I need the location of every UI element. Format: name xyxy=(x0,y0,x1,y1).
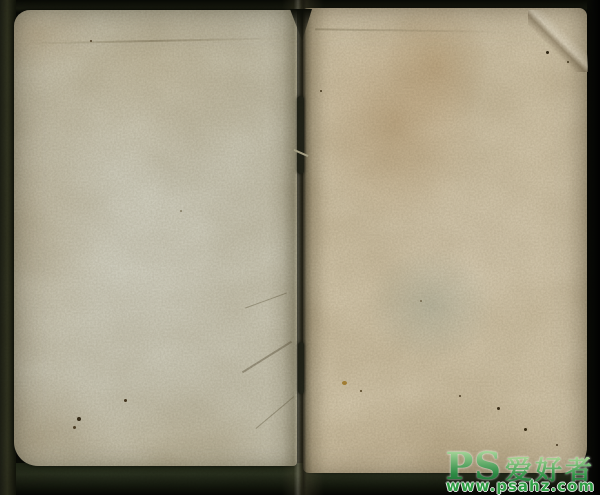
binding-slit xyxy=(297,96,304,174)
stain-speck xyxy=(360,390,362,392)
left-blank-page xyxy=(14,10,297,466)
stain-speck xyxy=(546,51,549,54)
binding-slit xyxy=(298,342,304,394)
stain-speck xyxy=(320,90,322,92)
watermark-logo: PS 爱好者 xyxy=(445,448,595,485)
stain-speck xyxy=(124,399,127,402)
stain-speck-gold xyxy=(342,381,347,385)
watermark-logo-ps: PS xyxy=(445,448,502,485)
stain-speck xyxy=(420,300,422,302)
stain-speck xyxy=(90,40,92,42)
book-spine-gutter xyxy=(282,0,324,495)
stain-speck xyxy=(77,417,81,421)
stain-speck xyxy=(459,395,461,397)
watermark-logo-cjk: 爱好者 xyxy=(505,457,595,484)
old-book-photo: PS 爱好者 www.psahz.com xyxy=(0,0,600,495)
watermark: PS 爱好者 www.psahz.com xyxy=(445,448,595,494)
book-cover-right-edge xyxy=(587,0,600,495)
right-blank-page xyxy=(303,8,587,473)
stain-speck xyxy=(556,444,558,446)
folded-corner-crease xyxy=(528,10,588,72)
stain-speck xyxy=(180,210,182,212)
stain-speck xyxy=(497,407,500,410)
stain-speck xyxy=(567,61,569,63)
stain-speck xyxy=(524,428,527,431)
stain-speck xyxy=(73,426,76,429)
